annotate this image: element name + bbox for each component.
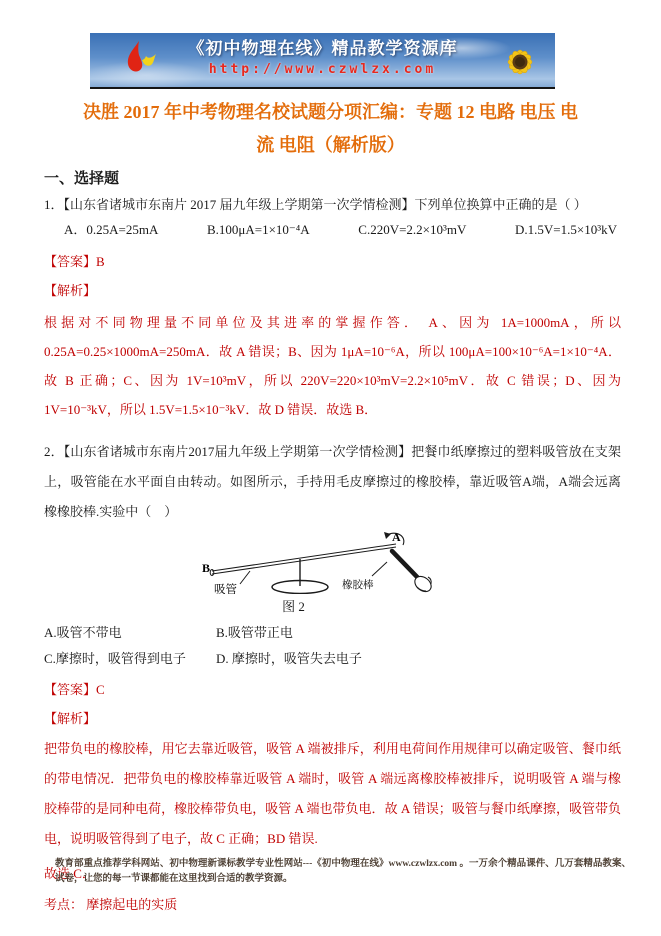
q2-answer-line: 【答案】C bbox=[44, 680, 621, 700]
q1-analysis-text: 根据对不同物理量不同单位及其进率的掌握作答． A、因为 1A=1000mA，所以… bbox=[44, 308, 621, 424]
q1-answer-line: 【答案】B bbox=[44, 252, 621, 272]
q1-analysis-label: 【解析】 bbox=[44, 281, 621, 301]
question-2-stem: 2．【山东省诸城市东南片2017届九年级上学期第一次学情检测】把餐巾纸摩擦过的塑… bbox=[44, 437, 621, 527]
figure-caption: 图 2 bbox=[196, 598, 446, 615]
q1-option-c: C.220V=2.2×10³mV bbox=[358, 219, 466, 241]
q2-analysis-label: 【解析】 bbox=[44, 709, 621, 729]
question-2-options: A.吸管不带电 B.吸管带正电 C.摩擦时，吸管得到电子 D. 摩擦时，吸管失去… bbox=[44, 622, 621, 669]
q1-option-b: B.100μA=1×10⁻⁴A bbox=[207, 219, 310, 241]
document-body: 一、选择题 1．【山东省诸城市东南片 2017 届九年级上学期第一次学情检测】下… bbox=[0, 169, 661, 916]
sunflower-image bbox=[493, 36, 547, 89]
document-title-line1: 决胜 2017 年中考物理名校试题分项汇编：专题 12 电路 电压 电 bbox=[45, 96, 616, 129]
straw-end-cap bbox=[210, 570, 214, 576]
question-1-options: A．0.25A=25mA B.100μA=1×10⁻⁴A C.220V=2.2×… bbox=[44, 219, 621, 241]
rod-pointer-line bbox=[372, 562, 387, 576]
promo-footer: 教育部重点推荐学科网站、初中物理新课标教学专业性网站---《初中物理在线》www… bbox=[55, 857, 631, 887]
straw-label: 吸管 bbox=[214, 582, 237, 594]
document-title: 决胜 2017 年中考物理名校试题分项汇编：专题 12 电路 电压 电 流 电阻… bbox=[0, 96, 661, 162]
q2-option-d: D. 摩擦时，吸管失去电子 bbox=[216, 648, 621, 669]
site-title: 《初中物理在线》精品教学资源库 bbox=[90, 37, 555, 61]
q2-option-a: A.吸管不带电 bbox=[44, 622, 216, 643]
q2-answer-label: 【答案】 bbox=[44, 682, 96, 697]
q1-option-a: A．0.25A=25mA bbox=[64, 219, 158, 241]
q1-answer-value: B bbox=[96, 254, 105, 269]
q2-topic: 考点： 摩擦起电的实质 bbox=[44, 894, 621, 916]
q1-option-d: D.1.5V=1.5×10³kV bbox=[515, 219, 617, 241]
q2-answer-value: C bbox=[96, 682, 105, 697]
banner-text: 《初中物理在线》精品教学资源库 http://www.czwlzx.com bbox=[90, 37, 555, 79]
straw-line-2 bbox=[212, 544, 396, 571]
straw-pointer-line bbox=[240, 571, 250, 584]
site-banner: 《初中物理在线》精品教学资源库 http://www.czwlzx.com bbox=[90, 33, 555, 89]
q2-option-b: B.吸管带正电 bbox=[216, 622, 621, 643]
section-heading: 一、选择题 bbox=[44, 169, 621, 189]
q2-analysis-text: 把带负电的橡胶棒，用它去靠近吸管，吸管 A 端被排斥，利用电荷间作用规律可以确定… bbox=[44, 734, 621, 854]
rod-label: 橡胶棒 bbox=[342, 578, 374, 591]
straw-experiment-figure: B A 吸管 橡胶棒 bbox=[196, 530, 446, 594]
straw-line bbox=[212, 547, 396, 574]
question-1-stem: 1．【山东省诸城市东南片 2017 届九年级上学期第一次学情检测】下列单位换算中… bbox=[44, 194, 621, 216]
label-b: B bbox=[202, 561, 210, 575]
q2-option-c: C.摩擦时，吸管得到电子 bbox=[44, 648, 216, 669]
site-url: http://www.czwlzx.com bbox=[90, 61, 555, 79]
rubber-rod bbox=[392, 551, 420, 580]
q2-figure: B A 吸管 橡胶棒 图 2 bbox=[196, 530, 446, 615]
rotation-arrowhead-icon bbox=[384, 532, 391, 539]
label-a: A bbox=[392, 530, 401, 544]
document-title-line2: 流 电阻（解析版） bbox=[45, 129, 616, 162]
q1-answer-label: 【答案】 bbox=[44, 254, 96, 269]
